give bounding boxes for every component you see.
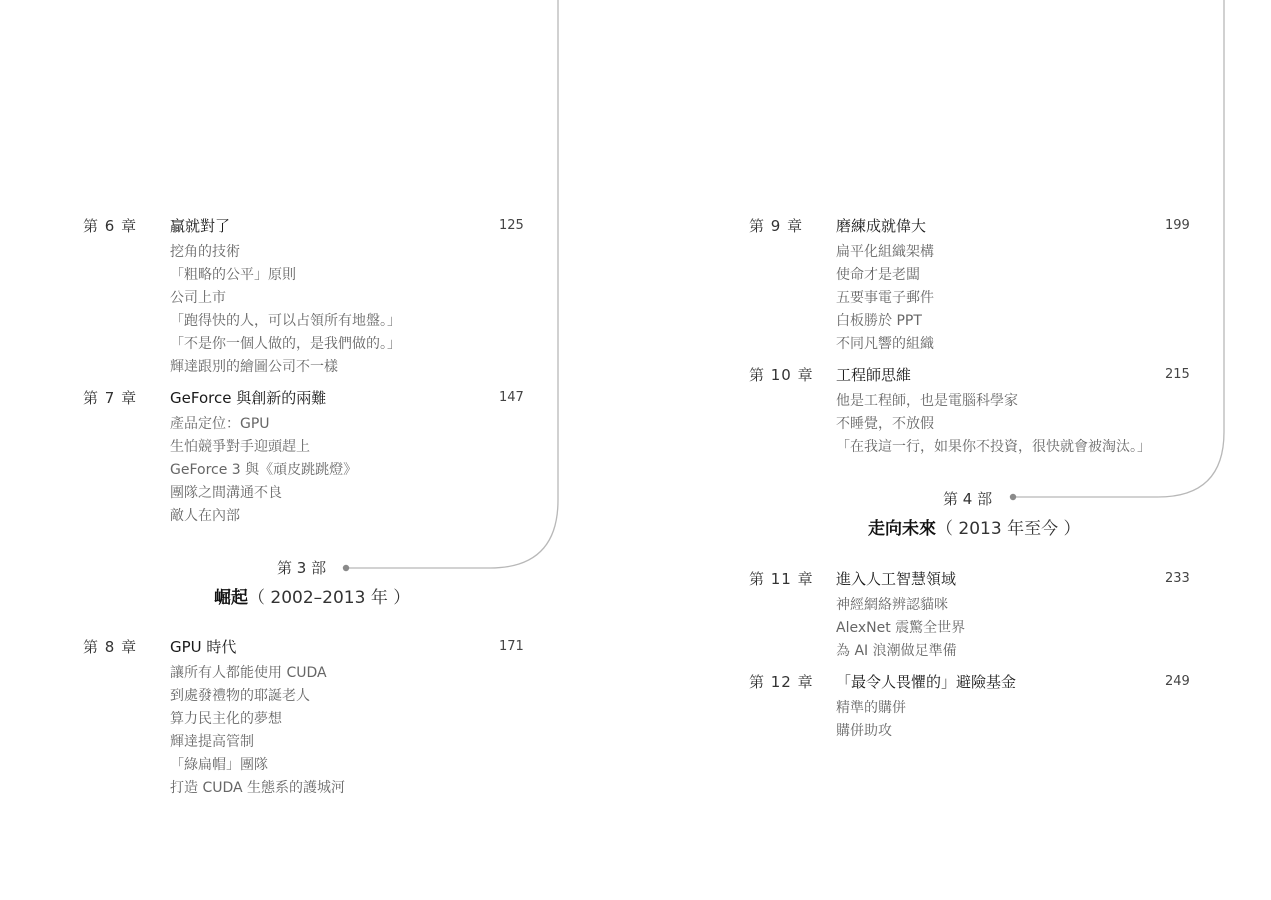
chapter-title[interactable]: 贏就對了 bbox=[170, 215, 230, 236]
section-item: 到處發禮物的耶誕老人 bbox=[170, 685, 523, 708]
section-list: 挖角的技術 「粗略的公平」原則 公司上市 「跑得快的人，可以占領所有地盤。」 「… bbox=[170, 241, 523, 379]
part-title-text[interactable]: 崛起 bbox=[214, 588, 248, 608]
part-years: （ 2002–2013 年 ） bbox=[248, 588, 410, 608]
chapter-11: 第 11 章 進入人工智慧領域 233 神經網絡辨認貓咪 AlexNet 震驚全… bbox=[749, 568, 1189, 663]
chapter-number: 第 7 章 bbox=[83, 387, 170, 408]
section-item: 五要事電子郵件 bbox=[836, 287, 1189, 310]
chapter-number: 第 6 章 bbox=[83, 215, 170, 236]
chapter-8: 第 8 章 GPU 時代 171 讓所有人都能使用 CUDA 到處發禮物的耶誕老… bbox=[83, 636, 523, 800]
section-item: 打造 CUDA 生態系的護城河 bbox=[170, 777, 523, 800]
section-item: 輝達跟別的繪圖公司不一樣 bbox=[170, 356, 523, 379]
section-item: 讓所有人都能使用 CUDA bbox=[170, 662, 523, 685]
chapter-title[interactable]: 「最令人畏懼的」避險基金 bbox=[836, 671, 1016, 692]
chapter-page-number: 147 bbox=[499, 390, 524, 405]
chapter-7: 第 7 章 GeForce 與創新的兩難 147 產品定位：GPU 生怕競爭對手… bbox=[83, 387, 523, 528]
chapter-number: 第 10 章 bbox=[749, 364, 836, 385]
section-item: GeForce 3 與《頑皮跳跳燈》 bbox=[170, 459, 523, 482]
left-page: 第 6 章 贏就對了 125 挖角的技術 「粗略的公平」原則 公司上市 「跑得快… bbox=[0, 0, 635, 900]
section-list: 精準的購併 購併助攻 bbox=[836, 697, 1189, 743]
chapter-page-number: 171 bbox=[499, 639, 524, 654]
section-item: 「跑得快的人，可以占領所有地盤。」 bbox=[170, 310, 523, 333]
section-item: AlexNet 震驚全世界 bbox=[836, 617, 1189, 640]
section-item: 精準的購併 bbox=[836, 697, 1189, 720]
chapter-page-number: 125 bbox=[499, 218, 524, 233]
section-item: 「綠扁帽」團隊 bbox=[170, 754, 523, 777]
section-item: 他是工程師，也是電腦科學家 bbox=[836, 390, 1189, 413]
chapter-page-number: 215 bbox=[1165, 367, 1190, 382]
chapter-12: 第 12 章 「最令人畏懼的」避險基金 249 精準的購併 購併助攻 bbox=[749, 671, 1189, 743]
section-item: 使命才是老闆 bbox=[836, 264, 1189, 287]
chapter-number: 第 9 章 bbox=[749, 215, 836, 236]
chapter-number: 第 8 章 bbox=[83, 636, 170, 657]
section-item: 購併助攻 bbox=[836, 720, 1189, 743]
part-4-title: 走向未來（ 2013 年至今 ） bbox=[868, 514, 1080, 539]
section-list: 他是工程師，也是電腦科學家 不睡覺，不放假 「在我這一行，如果你不投資，很快就會… bbox=[836, 390, 1189, 459]
section-item: 為 AI 浪潮做足準備 bbox=[836, 640, 1189, 663]
chapter-page-number: 199 bbox=[1165, 218, 1190, 233]
section-item: 「不是你一個人做的，是我們做的。」 bbox=[170, 333, 523, 356]
section-item: 敵人在內部 bbox=[170, 505, 523, 528]
section-item: 不同凡響的組織 bbox=[836, 333, 1189, 356]
section-item: 生怕競爭對手迎頭趕上 bbox=[170, 436, 523, 459]
section-list: 產品定位：GPU 生怕競爭對手迎頭趕上 GeForce 3 與《頑皮跳跳燈》 團… bbox=[170, 413, 523, 528]
section-item: 不睡覺，不放假 bbox=[836, 413, 1189, 436]
section-item: 「粗略的公平」原則 bbox=[170, 264, 523, 287]
part-4-label: 第 4 部 bbox=[943, 488, 992, 509]
part-title-text[interactable]: 走向未來 bbox=[868, 519, 936, 539]
section-item: 挖角的技術 bbox=[170, 241, 523, 264]
section-list: 扁平化組織架構 使命才是老闆 五要事電子郵件 白板勝於 PPT 不同凡響的組織 bbox=[836, 241, 1189, 356]
section-item: 算力民主化的夢想 bbox=[170, 708, 523, 731]
chapter-page-number: 249 bbox=[1165, 674, 1190, 689]
chapter-number: 第 12 章 bbox=[749, 671, 836, 692]
chapter-6: 第 6 章 贏就對了 125 挖角的技術 「粗略的公平」原則 公司上市 「跑得快… bbox=[83, 215, 523, 379]
section-list: 讓所有人都能使用 CUDA 到處發禮物的耶誕老人 算力民主化的夢想 輝達提高管制… bbox=[170, 662, 523, 800]
chapter-number: 第 11 章 bbox=[749, 568, 836, 589]
section-item: 團隊之間溝通不良 bbox=[170, 482, 523, 505]
chapter-title[interactable]: 進入人工智慧領域 bbox=[836, 568, 956, 589]
section-item: 「在我這一行，如果你不投資，很快就會被淘汰。」 bbox=[836, 436, 1189, 459]
part-3-title: 崛起（ 2002–2013 年 ） bbox=[214, 583, 410, 608]
part-3-label: 第 3 部 bbox=[277, 557, 326, 578]
part-years: （ 2013 年至今 ） bbox=[936, 519, 1080, 539]
chapter-title[interactable]: GeForce 與創新的兩難 bbox=[170, 387, 326, 408]
section-item: 公司上市 bbox=[170, 287, 523, 310]
section-list: 神經網絡辨認貓咪 AlexNet 震驚全世界 為 AI 浪潮做足準備 bbox=[836, 594, 1189, 663]
section-item: 扁平化組織架構 bbox=[836, 241, 1189, 264]
chapter-title[interactable]: GPU 時代 bbox=[170, 636, 236, 657]
section-item: 神經網絡辨認貓咪 bbox=[836, 594, 1189, 617]
chapter-10: 第 10 章 工程師思維 215 他是工程師，也是電腦科學家 不睡覺，不放假 「… bbox=[749, 364, 1189, 459]
section-item: 輝達提高管制 bbox=[170, 731, 523, 754]
section-item: 白板勝於 PPT bbox=[836, 310, 1189, 333]
chapter-page-number: 233 bbox=[1165, 571, 1190, 586]
chapter-title[interactable]: 工程師思維 bbox=[836, 364, 911, 385]
chapter-9: 第 9 章 磨練成就偉大 199 扁平化組織架構 使命才是老闆 五要事電子郵件 … bbox=[749, 215, 1189, 356]
right-page: 第 9 章 磨練成就偉大 199 扁平化組織架構 使命才是老闆 五要事電子郵件 … bbox=[636, 0, 1271, 900]
section-item: 產品定位：GPU bbox=[170, 413, 523, 436]
chapter-title[interactable]: 磨練成就偉大 bbox=[836, 215, 926, 236]
